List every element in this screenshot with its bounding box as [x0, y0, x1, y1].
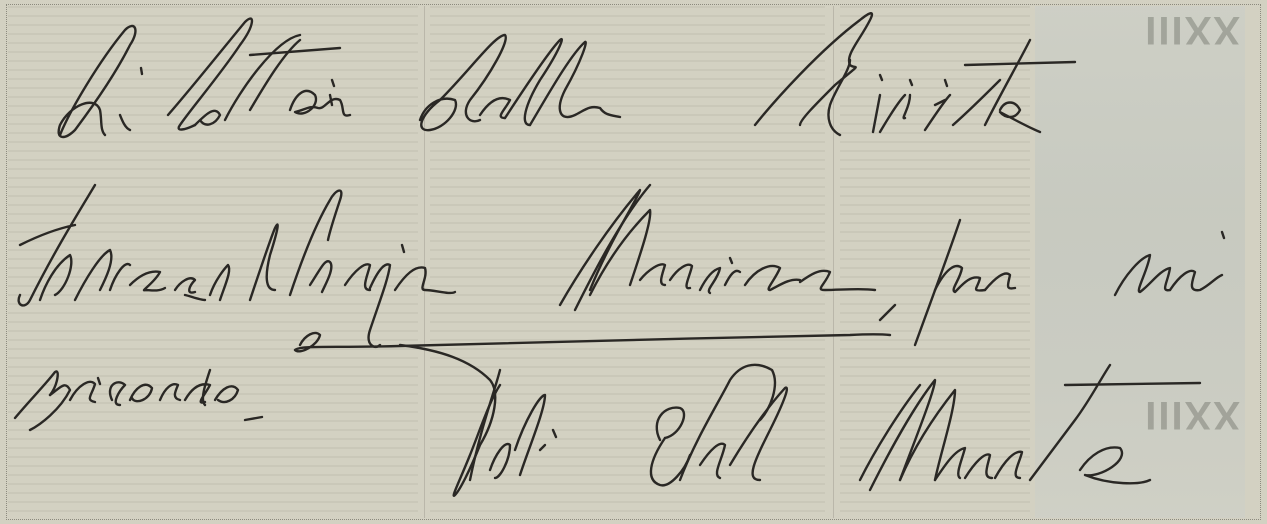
handwriting	[0, 0, 1267, 524]
signature-handwriting	[400, 345, 1200, 496]
line-3-handwriting	[15, 370, 262, 430]
underline-stroke	[295, 333, 890, 351]
line-2-handwriting	[19, 185, 1224, 347]
line-1-handwriting	[59, 13, 1075, 137]
scanned-document: XXIII XXIII	[0, 0, 1267, 524]
